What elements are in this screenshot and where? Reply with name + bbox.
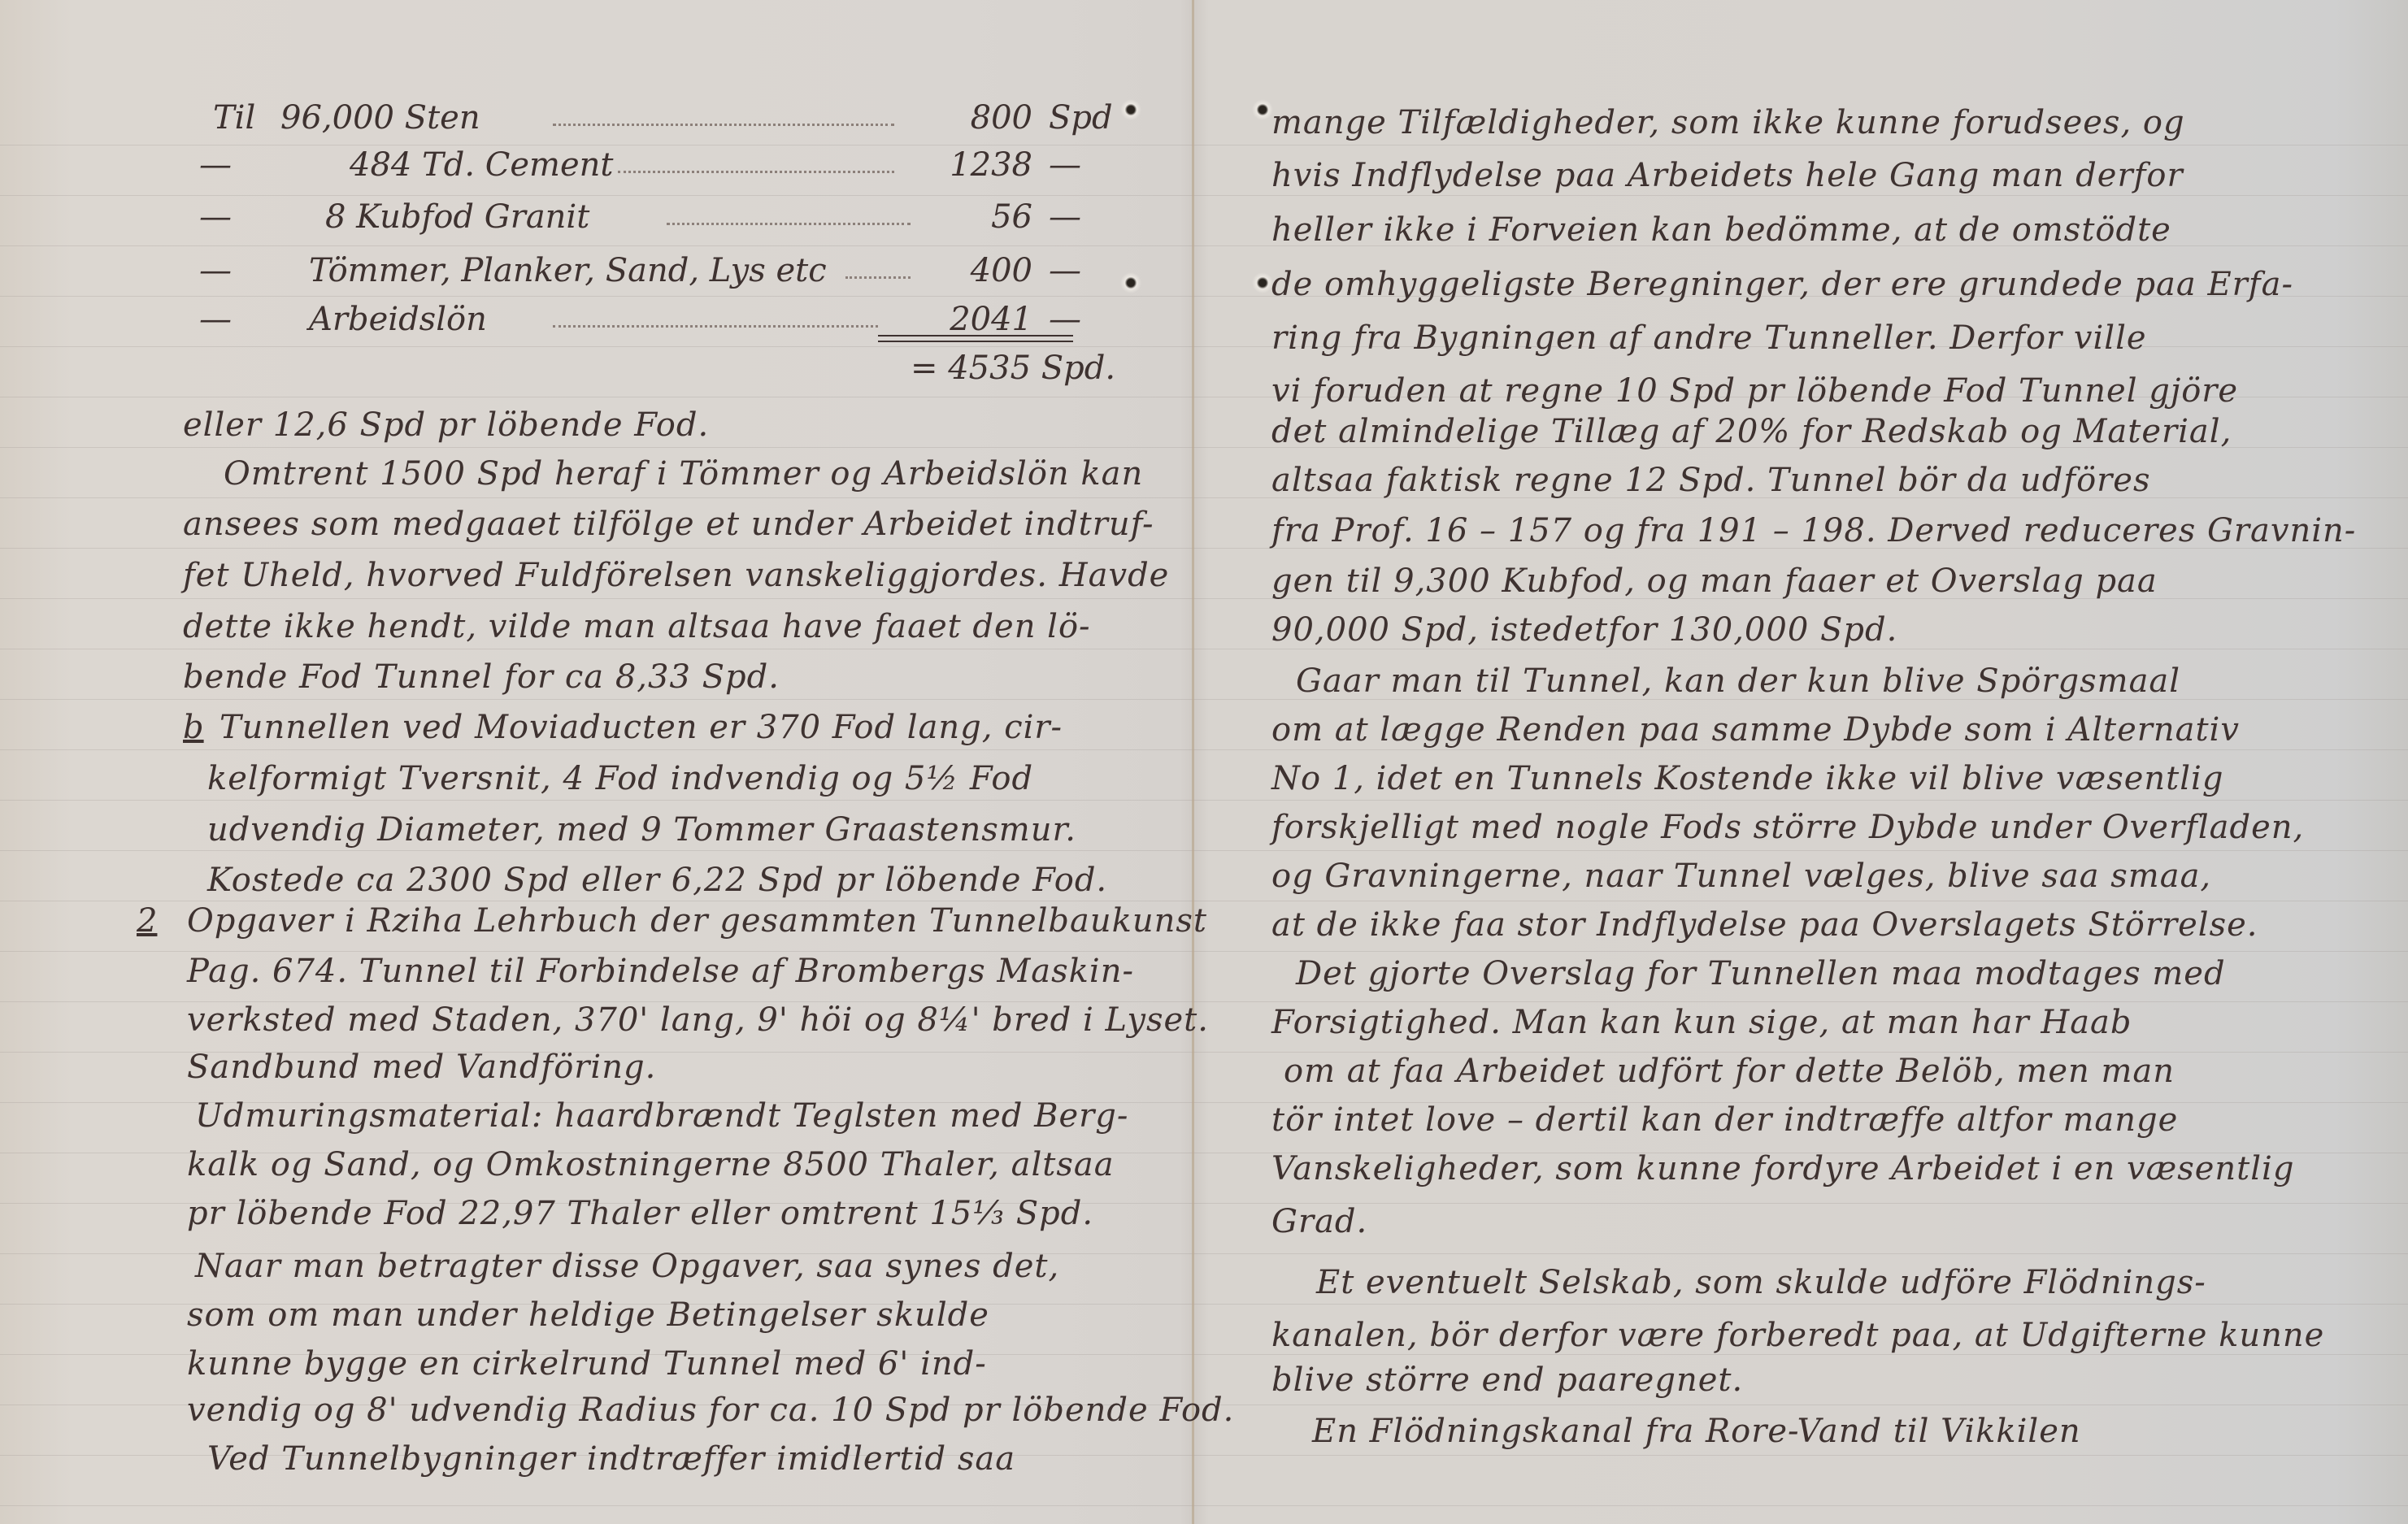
text-line: det almindelige Tillæg af 20% for Redska…: [1271, 413, 2232, 450]
ledger-item: Tömmer, Planker, Sand, Lys etc: [309, 252, 827, 289]
text-line: blive större end paaregnet.: [1271, 1361, 1743, 1399]
text-line: bende Fod Tunnel for ca 8,33 Spd.: [183, 658, 780, 696]
left-page: Til 96,000 Sten 800 Spd — 484 Td. Cement…: [0, 0, 1192, 1524]
text-line: kunne bygge en cirkelrund Tunnel med 6' …: [187, 1345, 987, 1383]
text-line: Forsigtighed. Man kan kun sige, at man h…: [1271, 1004, 2132, 1041]
text-line: udvendig Diameter, med 9 Tommer Graasten…: [207, 811, 1076, 849]
ledger-total: = 4535 Spd.: [911, 350, 1115, 387]
text-line: de omhyggeligste Beregninger, der ere gr…: [1271, 266, 2293, 303]
ledger-unit: —: [1049, 198, 1081, 236]
ledger-amount: 56: [911, 198, 1032, 236]
ledger-unit: —: [1049, 301, 1081, 338]
leader-dots: [618, 146, 894, 173]
text-line: En Flödningskanal fra Rore-Vand til Vikk…: [1312, 1413, 2081, 1450]
text-line: at de ikke faa stor Indflydelse paa Over…: [1271, 906, 2258, 944]
ledger-item: 484 Td. Cement: [350, 146, 614, 184]
ledger-item: 96,000 Sten: [280, 99, 480, 137]
text-line: ansees som medgaaet tilfölge et under Ar…: [183, 506, 1154, 543]
ledger-prefix: —: [199, 252, 232, 289]
text-line: tör intet love – dertil kan der indtræff…: [1271, 1101, 2178, 1139]
ledger-prefix: Til: [213, 99, 255, 137]
text-line: om at faa Arbeidet udfört for dette Belö…: [1284, 1053, 2175, 1090]
text-line: Tunnellen ved Moviaducten er 370 Fod lan…: [220, 709, 1063, 746]
text-line: forskjelligt med nogle Fods större Dybde…: [1271, 809, 2304, 846]
ledger-row: Til 96,000 Sten 800 Spd: [0, 99, 1192, 145]
text-line: hvis Indflydelse paa Arbeidets hele Gang…: [1271, 157, 2184, 194]
total-double-rule: [878, 335, 1073, 342]
text-line: gen til 9,300 Kubfod, og man faaer et Ov…: [1271, 562, 2158, 600]
text-line: kanalen, bör derfor være forberedt paa, …: [1271, 1317, 2324, 1354]
leader-dots: [553, 99, 894, 126]
ledger-prefix: —: [199, 301, 232, 338]
right-page: mange Tilfældigheder, som ikke kunne for…: [1194, 0, 2408, 1524]
text-line: verksted med Staden, 370' lang, 9' höi o…: [187, 1001, 1209, 1039]
text-line: om at lægge Renden paa samme Dybde som i…: [1271, 711, 2240, 749]
text-line: Omtrent 1500 Spd heraf i Tömmer og Arbei…: [224, 455, 1143, 493]
text-line: pr löbende Fod 22,97 Thaler eller omtren…: [187, 1195, 1093, 1232]
ledger-amount: 1238: [911, 146, 1032, 184]
ledger-amount: 800: [911, 99, 1032, 137]
leader-dots: [667, 198, 911, 225]
text-line: eller 12,6 Spd pr löbende Fod.: [183, 406, 709, 444]
ledger-prefix: —: [199, 198, 232, 236]
ledger-unit: —: [1049, 146, 1081, 184]
text-line: altsaa faktisk regne 12 Spd. Tunnel bör …: [1271, 462, 2151, 499]
section-marker-2: 2: [137, 902, 157, 940]
manuscript-spread: Til 96,000 Sten 800 Spd — 484 Td. Cement…: [0, 0, 2408, 1524]
text-line: Ved Tunnelbygninger indtræffer imidlerti…: [207, 1440, 1015, 1478]
ledger-item: Arbeidslön: [309, 301, 487, 338]
text-line: kelformigt Tversnit, 4 Fod indvendig og …: [207, 760, 1033, 797]
text-line: Det gjorte Overslag for Tunnellen maa mo…: [1296, 955, 2226, 992]
text-line: fra Prof. 16 – 157 og fra 191 – 198. Der…: [1271, 512, 2356, 549]
ledger-item: 8 Kubfod Granit: [325, 198, 589, 236]
ledger-amount: 2041: [911, 301, 1032, 338]
text-line: kalk og Sand, og Omkostningerne 8500 Tha…: [187, 1146, 1115, 1183]
text-line: Pag. 674. Tunnel til Forbindelse af Brom…: [187, 953, 1134, 990]
text-line: vendig og 8' udvendig Radius for ca. 10 …: [187, 1392, 1234, 1429]
ledger-row: — Tömmer, Planker, Sand, Lys etc 400 —: [0, 252, 1192, 297]
text-line: Naar man betragter disse Opgaver, saa sy…: [195, 1248, 1059, 1285]
ledger-row: — 484 Td. Cement 1238 —: [0, 146, 1192, 192]
ledger-unit: Spd: [1049, 99, 1113, 137]
text-line: Udmuringsmaterial: haardbrændt Teglsten …: [195, 1097, 1128, 1135]
text-line: heller ikke i Forveien kan bedömme, at d…: [1271, 211, 2171, 249]
text-line: vi foruden at regne 10 Spd pr löbende Fo…: [1271, 372, 2238, 410]
text-line: 90,000 Spd, istedetfor 130,000 Spd.: [1271, 611, 1897, 649]
ledger-total-row: = 4535 Spd.: [0, 350, 1192, 395]
text-line: No 1, idet en Tunnels Kostende ikke vil …: [1271, 760, 2223, 797]
text-line: Et eventuelt Selskab, som skulde udföre …: [1316, 1264, 2206, 1301]
text-line: fet Uheld, hvorved Fuldförelsen vanskeli…: [183, 557, 1169, 594]
text-line: som om man under heldige Betingelser sku…: [187, 1296, 989, 1334]
leader-dots: [553, 301, 878, 328]
leader-dots: [845, 252, 911, 279]
text-line: mange Tilfældigheder, som ikke kunne for…: [1271, 104, 2185, 141]
ledger-prefix: —: [199, 146, 232, 184]
ledger-row: — 8 Kubfod Granit 56 —: [0, 198, 1192, 244]
text-line: Sandbund med Vandföring.: [187, 1049, 656, 1086]
text-line: og Gravningerne, naar Tunnel vælges, bli…: [1271, 858, 2211, 895]
text-line: Vanskeligheder, som kunne fordyre Arbeid…: [1271, 1150, 2294, 1188]
ledger-amount: 400: [911, 252, 1032, 289]
text-line: Grad.: [1271, 1203, 1367, 1240]
section-marker-b: b: [183, 709, 204, 746]
text-line: Kostede ca 2300 Spd eller 6,22 Spd pr lö…: [207, 862, 1107, 899]
text-line: Gaar man til Tunnel, kan der kun blive S…: [1296, 662, 2180, 700]
text-line: dette ikke hendt, vilde man altsaa have …: [183, 608, 1091, 645]
text-line: Opgaver i Rziha Lehrbuch der gesammten T…: [187, 902, 1207, 940]
ledger-unit: —: [1049, 252, 1081, 289]
text-line: ring fra Bygningen af andre Tunneller. D…: [1271, 319, 2147, 357]
